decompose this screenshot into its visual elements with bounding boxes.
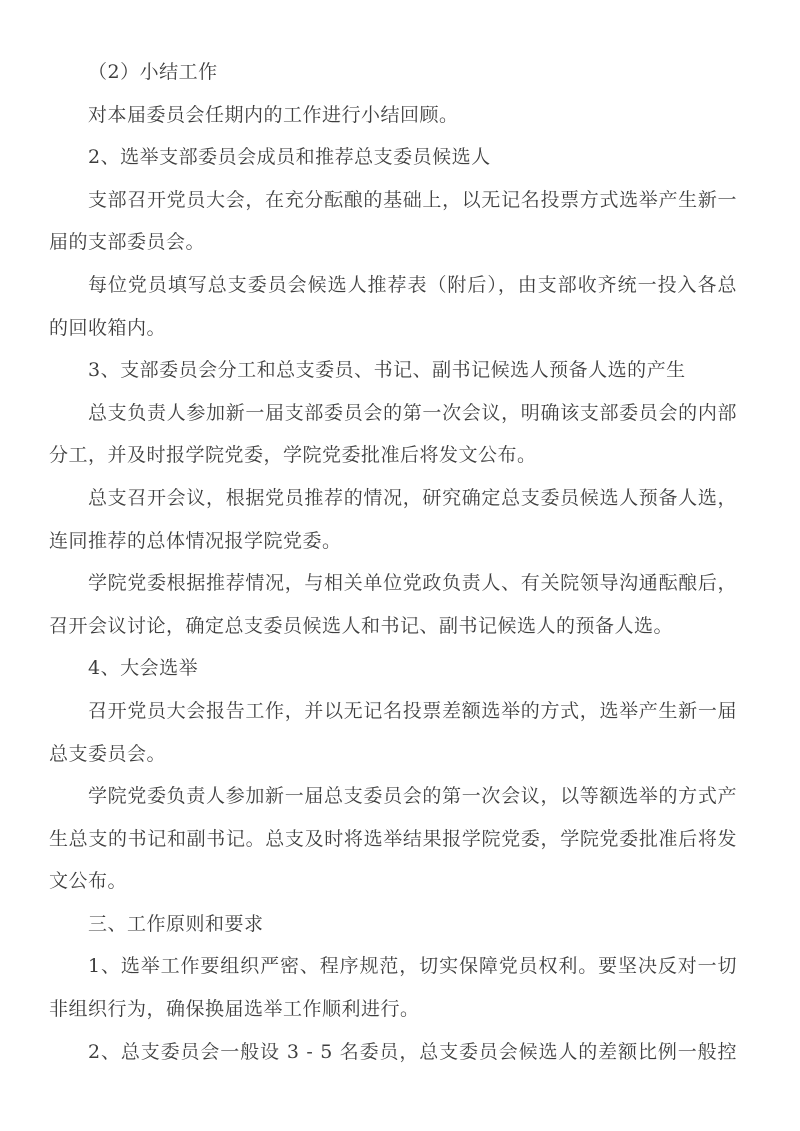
text-line: 总支负责人参加新一届支部委员会的第一次会议，明确该支部委员会的内部 bbox=[49, 392, 737, 435]
text-line: 召开党员大会报告工作，并以无记名投票差额选举的方式，选举产生新一届 bbox=[49, 690, 737, 733]
text-line: 届的支部委员会。 bbox=[49, 221, 737, 264]
text-line: 三、工作原则和要求 bbox=[49, 903, 737, 946]
text-line: （2）小结工作 bbox=[49, 51, 737, 94]
text-line: 4、大会选举 bbox=[49, 647, 737, 690]
text-line: 学院党委根据推荐情况，与相关单位党政负责人、有关院领导沟通酝酿后， bbox=[49, 562, 737, 605]
document-text-block: （2）小结工作 对本届委员会任期内的工作进行小结回顾。 2、选举支部委员会成员和… bbox=[49, 51, 737, 1073]
text-line: 的回收箱内。 bbox=[49, 307, 737, 350]
text-line: 生总支的书记和副书记。总支及时将选举结果报学院党委，学院党委批准后将发 bbox=[49, 818, 737, 861]
text-line: 分工，并及时报学院党委，学院党委批准后将发文公布。 bbox=[49, 434, 737, 477]
text-line: 连同推荐的总体情况报学院党委。 bbox=[49, 520, 737, 563]
text-line: 学院党委负责人参加新一届总支委员会的第一次会议，以等额选举的方式产 bbox=[49, 775, 737, 818]
text-line: 非组织行为，确保换届选举工作顺利进行。 bbox=[49, 988, 737, 1031]
text-line: 每位党员填写总支委员会候选人推荐表（附后），由支部收齐统一投入各总支 bbox=[49, 264, 737, 307]
document-page: （2）小结工作 对本届委员会任期内的工作进行小结回顾。 2、选举支部委员会成员和… bbox=[0, 0, 800, 1131]
text-line: 召开会议讨论，确定总支委员候选人和书记、副书记候选人的预备人选。 bbox=[49, 605, 737, 648]
text-line: 总支委员会。 bbox=[49, 733, 737, 776]
text-line: 总支召开会议，根据党员推荐的情况，研究确定总支委员候选人预备人选， bbox=[49, 477, 737, 520]
text-line: 3、支部委员会分工和总支委员、书记、副书记候选人预备人选的产生 bbox=[49, 349, 737, 392]
text-line: 支部召开党员大会，在充分酝酿的基础上，以无记名投票方式选举产生新一 bbox=[49, 179, 737, 222]
text-line: 2、选举支部委员会成员和推荐总支委员候选人 bbox=[49, 136, 737, 179]
text-line: 2、总支委员会一般设 3 - 5 名委员，总支委员会候选人的差额比例一般控 bbox=[49, 1031, 737, 1074]
text-line: 文公布。 bbox=[49, 860, 737, 903]
text-line: 1、选举工作要组织严密、程序规范，切实保障党员权利。要坚决反对一切 bbox=[49, 945, 737, 988]
text-line: 对本届委员会任期内的工作进行小结回顾。 bbox=[49, 94, 737, 137]
